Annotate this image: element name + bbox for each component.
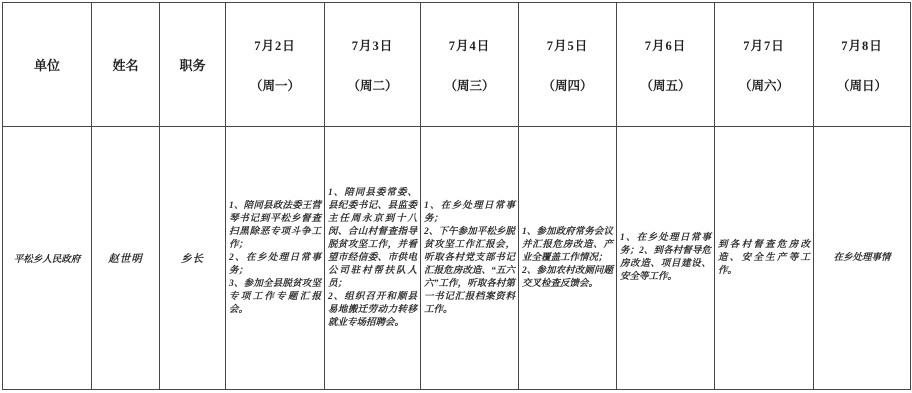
position-cell: 乡长: [160, 127, 226, 390]
schedule-sheet: 单位 姓名 职务 7月2日 （周一） 7月3日 （周二） 7月4日 （周三） 7…: [0, 0, 912, 393]
header-unit-label: 单位: [34, 58, 60, 73]
weekday-label: （周六）: [716, 76, 812, 94]
date-label: 7月3日: [326, 36, 419, 54]
weekday-label: （周一）: [227, 76, 323, 94]
date-header-mon: 7月2日 （周一）: [226, 3, 325, 127]
schedule-cell-thu: 1、参加政府常务会议并汇报危房改造、产业全覆盖工作情况； 2、参加农村改厕问题交…: [519, 127, 617, 390]
schedule-item: 1、参加政府常务会议并汇报危房改造、产业全覆盖工作情况；: [522, 226, 613, 265]
schedule-item: 2、参加农村改厕问题交叉检查反馈会。: [522, 265, 613, 291]
weekly-schedule-table: 单位 姓名 职务 7月2日 （周一） 7月3日 （周二） 7月4日 （周三） 7…: [2, 2, 911, 390]
schedule-cell-tue: 1、陪同县委常委、县纪委书记、县监委主任周永京到十八闵、合山村督查指导脱贫攻坚工…: [325, 127, 421, 390]
weekday-label: （周二）: [326, 76, 419, 94]
weekday-label: （周四）: [520, 76, 615, 94]
schedule-item: 1、陪同县政法委王营琴书记到平松乡督查扫黑除恶专项斗争工作；: [229, 200, 321, 252]
schedule-item: 3、参加全县脱贫攻坚专项工作专题汇报会。: [229, 278, 321, 317]
schedule-cell-sat: 到各村督查危房改造、安全生产等工作。: [715, 127, 814, 390]
weekday-label: （周日）: [815, 76, 909, 94]
header-position-label: 职务: [179, 58, 205, 73]
header-name-label: 姓名: [112, 58, 138, 73]
date-label: 7月5日: [520, 36, 615, 54]
date-label: 7月6日: [618, 36, 713, 54]
date-label: 7月4日: [422, 36, 517, 54]
schedule-cell-sun: 在乡处理事情: [814, 127, 911, 390]
schedule-item: 1、陪同县委常委、县纪委书记、县监委主任周永京到十八闵、合山村督查指导脱贫攻坚工…: [328, 187, 417, 291]
date-header-thu: 7月5日 （周四）: [519, 3, 617, 127]
schedule-cell-fri: 1、在乡处理日常事务；2、到各村督导危房改造、项目建设、安全等工作。: [617, 127, 715, 390]
schedule-item: 2、组织召开和顺县易地搬迁劳动力转移就业专场招聘会。: [328, 291, 417, 330]
schedule-item: 到各村督查危房改造、安全生产等工作。: [718, 239, 810, 278]
date-header-tue: 7月3日 （周二）: [325, 3, 421, 127]
schedule-item: 1、在乡处理日常事务；2、到各村督导危房改造、项目建设、安全等工作。: [620, 232, 711, 284]
date-header-fri: 7月6日 （周五）: [617, 3, 715, 127]
header-cell-unit: 单位: [3, 3, 92, 127]
date-header-sat: 7月7日 （周六）: [715, 3, 814, 127]
date-label: 7月7日: [716, 36, 812, 54]
header-row: 单位 姓名 职务 7月2日 （周一） 7月3日 （周二） 7月4日 （周三） 7…: [3, 3, 911, 127]
date-label: 7月2日: [227, 36, 323, 54]
schedule-item: 2、在乡处理日常事务；: [229, 252, 321, 278]
header-cell-name: 姓名: [92, 3, 160, 127]
unit-value: 平松乡人民政府: [14, 255, 81, 265]
schedule-item: 在乡处理事情: [816, 252, 908, 265]
weekday-label: （周五）: [618, 76, 713, 94]
header-cell-position: 职务: [160, 3, 226, 127]
date-header-wed: 7月4日 （周三）: [421, 3, 519, 127]
schedule-cell-mon: 1、陪同县政法委王营琴书记到平松乡督查扫黑除恶专项斗争工作； 2、在乡处理日常事…: [226, 127, 325, 390]
name-cell: 赵世明: [92, 127, 160, 390]
schedule-item: 2、下午参加平松乡脱贫攻坚工作汇报会，听取各村党支部书记汇报危房改造、“五六六”…: [424, 226, 515, 317]
position-value: 乡长: [181, 254, 204, 265]
schedule-item: 1、在乡处理日常事务；: [424, 200, 515, 226]
data-row: 平松乡人民政府 赵世明 乡长 1、陪同县政法委王营琴书记到平松乡督查扫黑除恶专项…: [3, 127, 911, 390]
date-label: 7月8日: [815, 36, 909, 54]
weekday-label: （周三）: [422, 76, 517, 94]
unit-cell: 平松乡人民政府: [3, 127, 92, 390]
date-header-sun: 7月8日 （周日）: [814, 3, 911, 127]
name-value: 赵世明: [108, 254, 143, 265]
schedule-cell-wed: 1、在乡处理日常事务； 2、下午参加平松乡脱贫攻坚工作汇报会，听取各村党支部书记…: [421, 127, 519, 390]
